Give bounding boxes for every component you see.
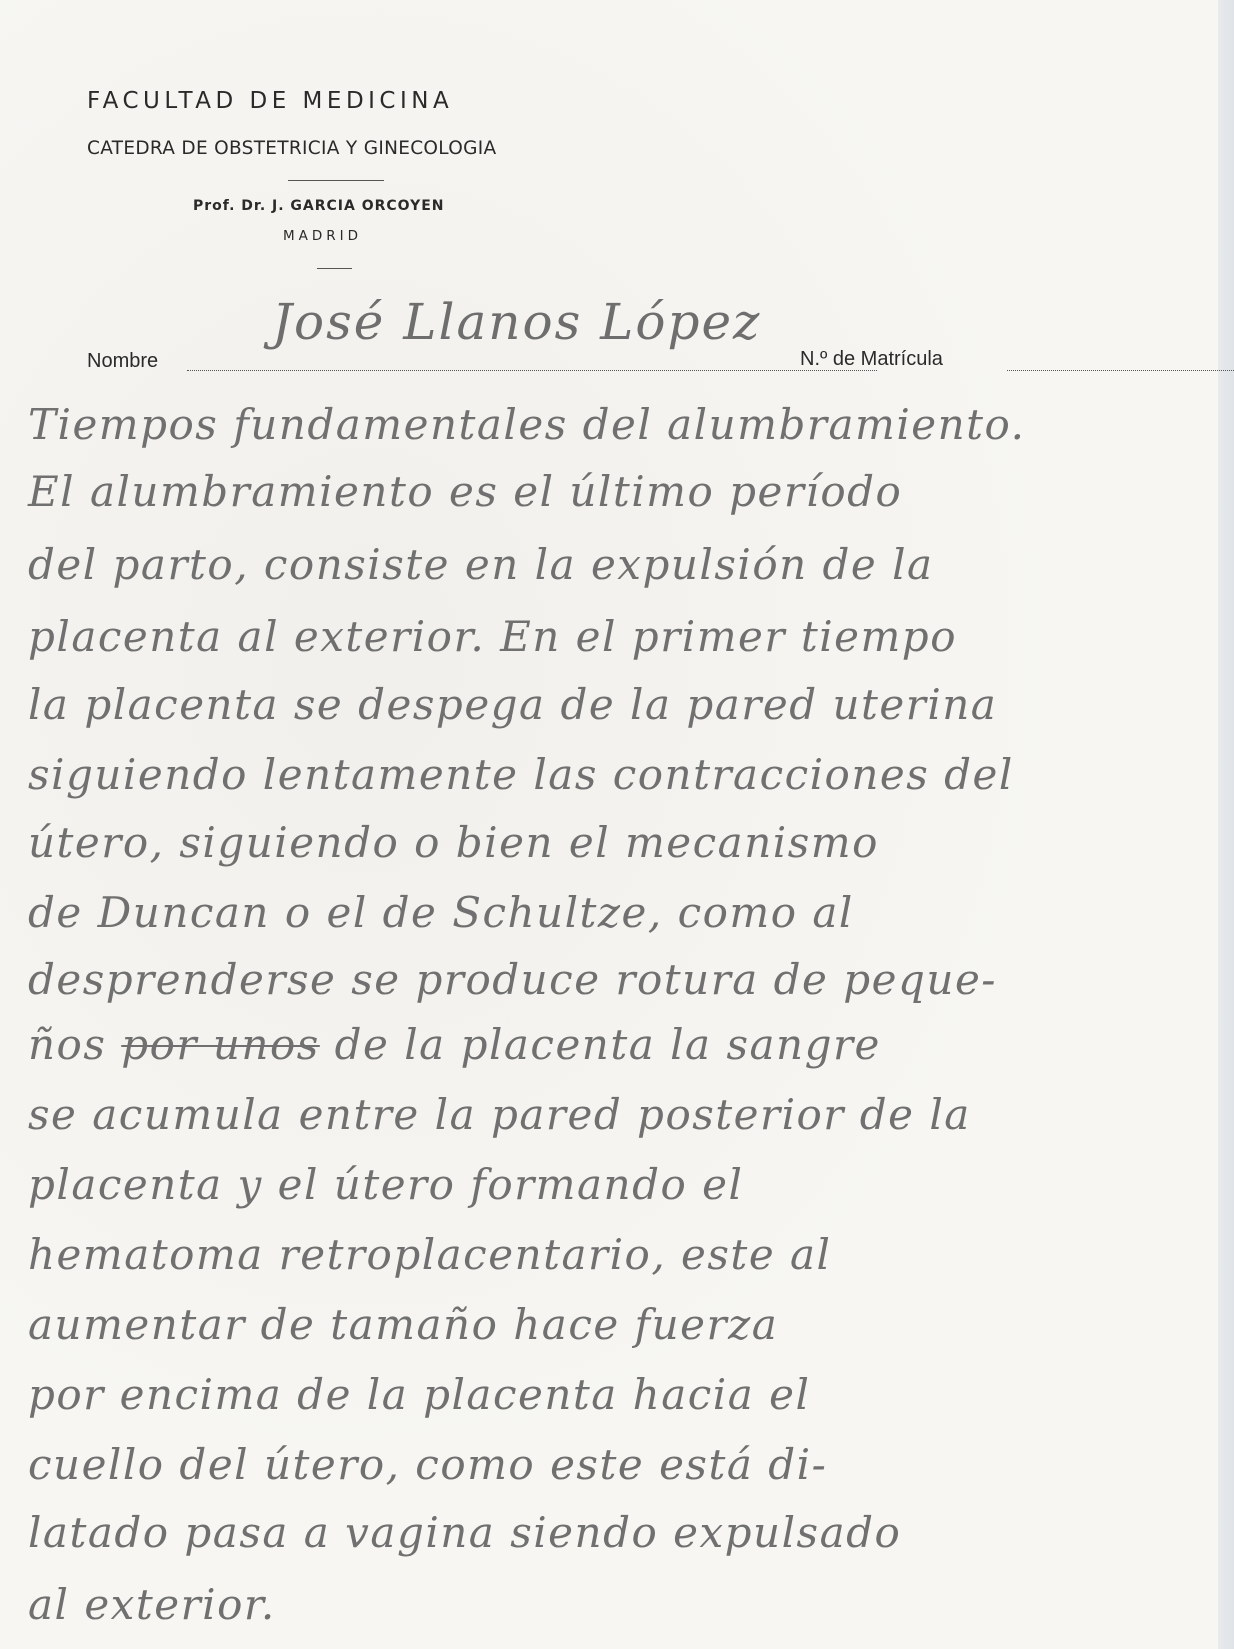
name-value: José Llanos López: [272, 293, 761, 351]
text-line: desprenderse se produce rotura de peque-: [28, 955, 997, 1004]
struck-text: por unos: [121, 1020, 320, 1069]
text-line: se acumula entre la pared posterior de l…: [28, 1090, 971, 1139]
divider: [317, 268, 352, 269]
text-line: hematoma retroplacentario, este al: [28, 1230, 832, 1279]
text-line: Tiempos fundamentales del alumbramiento.: [28, 400, 1025, 449]
matricula-dotted-line: [1007, 370, 1234, 371]
text-line: útero, siguiendo o bien el mecanismo: [28, 818, 879, 867]
text-line: latado pasa a vagina siendo expulsado: [28, 1508, 901, 1557]
name-label: Nombre: [87, 350, 158, 373]
faculty-title: FACULTAD DE MEDICINA: [87, 88, 453, 114]
text-line: ños por unos de la placenta la sangre: [28, 1020, 881, 1069]
text-line: por encima de la placenta hacia el: [28, 1370, 810, 1419]
divider: [288, 180, 384, 181]
text-line: siguiendo lentamente las contracciones d…: [28, 750, 1014, 799]
text-line: del parto, consiste en la expulsión de l…: [28, 540, 934, 589]
department-title: CATEDRA DE OBSTETRICIA Y GINECOLOGIA: [87, 138, 496, 159]
text-line: la placenta se despega de la pared uteri…: [28, 680, 997, 729]
text-line: aumentar de tamaño hace fuerza: [28, 1300, 778, 1349]
text-line: de Duncan o el de Schultze, como al: [28, 888, 854, 937]
text-line: placenta al exterior. En el primer tiemp…: [28, 612, 957, 661]
name-dotted-line: [187, 370, 877, 371]
text-line: El alumbramiento es el último período: [28, 467, 902, 516]
professor-name: Prof. Dr. J. GARCIA ORCOYEN: [193, 198, 445, 214]
text-line: cuello del útero, como este está di-: [28, 1440, 827, 1489]
scan-edge: [1218, 0, 1234, 1649]
text-line: placenta y el útero formando el: [28, 1160, 743, 1209]
matricula-label: N.º de Matrícula: [800, 348, 943, 371]
text-line: al exterior.: [28, 1580, 276, 1629]
city: MADRID: [283, 228, 362, 244]
